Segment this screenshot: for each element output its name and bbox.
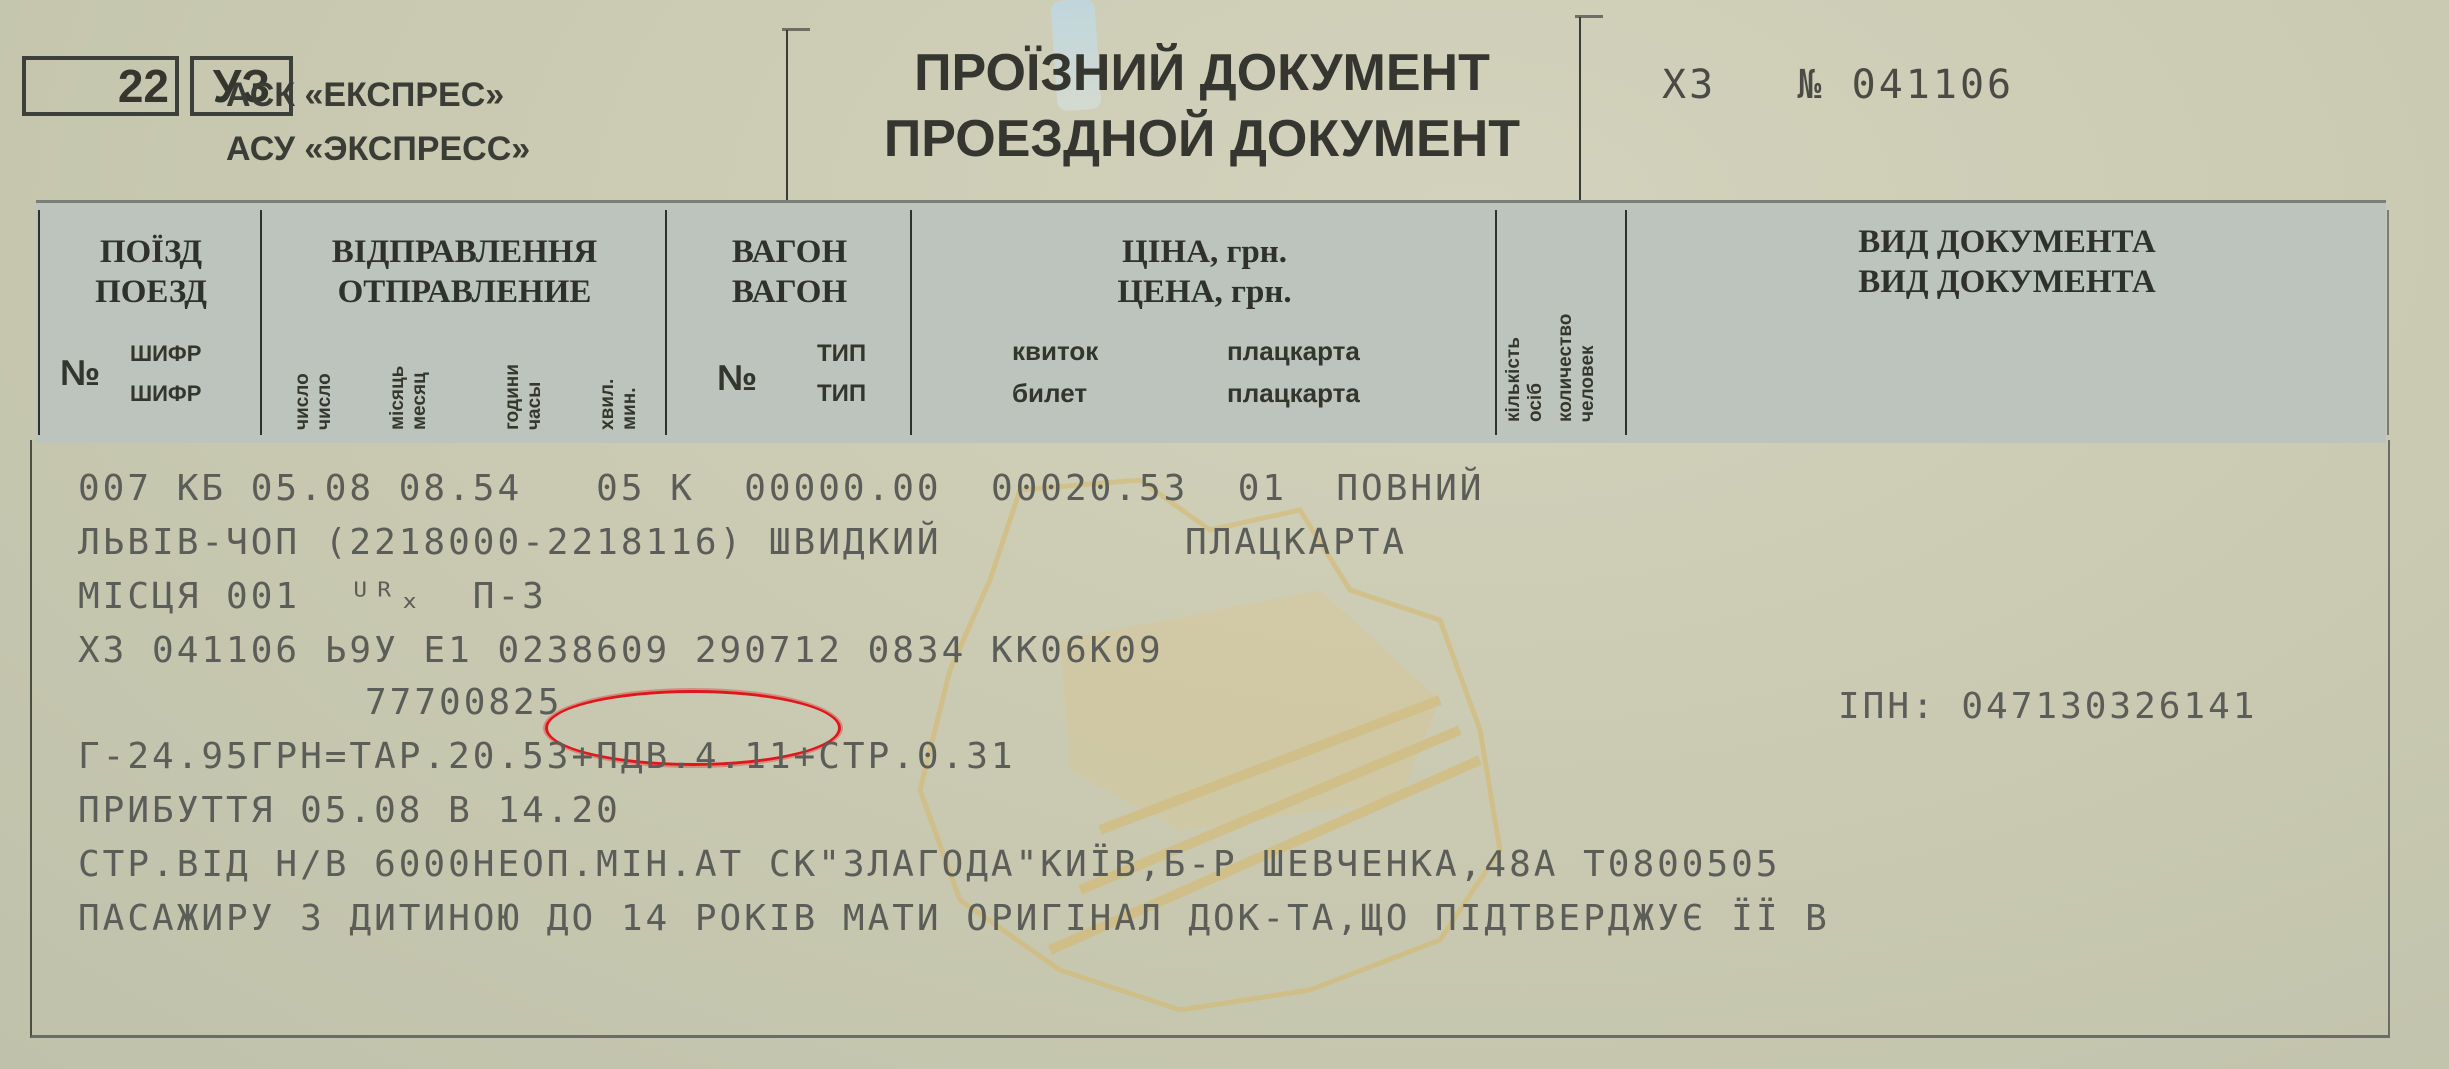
print-line-notice: ПАСАЖИРУ З ДИТИНОЮ ДО 14 РОКІВ МАТИ ОРИГ… [78, 898, 1830, 939]
divider [786, 30, 788, 208]
col-departure: ВІДПРАВЛЕННЯ ОТПРАВЛЕНИЕ число число міс… [260, 210, 667, 435]
col-price: ЦІНА, грн. ЦЕНА, грн. квиток билет плацк… [910, 210, 1497, 435]
col-train: ПОЇЗД ПОЕЗД № ШИФР ШИФР [38, 210, 262, 435]
col-departure-title: ВІДПРАВЛЕННЯ ОТПРАВЛЕНИЕ [262, 232, 667, 312]
print-doc-kind: ПЛАЦКАРТА [1185, 522, 1407, 563]
persons-label-ru: количество человек [1555, 314, 1599, 422]
train-no-label: № [60, 355, 100, 391]
train-date-time: 007 КБ 05.08 08.54 [78, 468, 522, 509]
car-price-type: 05 К 00000.00 00020.53 01 ПОВНИЙ [596, 468, 1484, 509]
system-name: АСК «ЕКСПРЕС» АСУ «ЭКСПРЕСС» [226, 68, 530, 176]
label: плацкарта [1227, 330, 1360, 372]
car-type-label: ТИП ТИП [817, 334, 866, 414]
label: ОТПРАВЛЕНИЕ [262, 272, 667, 312]
label: ВАГОН [667, 232, 912, 272]
persons-label: кількість осіб [1503, 337, 1547, 422]
label: квиток [1012, 330, 1098, 372]
label: ТИП [817, 334, 866, 374]
number-sign: № [1797, 62, 1824, 108]
col-doc-type-title: ВИД ДОКУМЕНТА ВИД ДОКУМЕНТА [1627, 222, 2387, 302]
label: плацкарта [1227, 372, 1360, 414]
print-inn: ІПН: 047130326141 [1838, 686, 2257, 727]
col-doc-type: ВИД ДОКУМЕНТА ВИД ДОКУМЕНТА [1625, 210, 2389, 435]
col-persons: кількість осіб количество человек [1495, 210, 1627, 435]
label: ПОЕЗД [40, 272, 262, 312]
label: ЦІНА, грн. [912, 232, 1497, 272]
code-box: 22 [22, 56, 179, 116]
sub-hours: години часы [502, 364, 546, 430]
col-train-title: ПОЇЗД ПОЕЗД [40, 232, 262, 312]
label: ВІДПРАВЛЕННЯ [262, 232, 667, 272]
title-ru: ПРОЕЗДНОЙ ДОКУМЕНТ [812, 106, 1592, 172]
label: ШИФР [130, 374, 201, 414]
system-name-ua: АСК «ЕКСПРЕС» [226, 76, 504, 114]
sub-day: число число [292, 373, 336, 430]
title-ua: ПРОЇЗНИЙ ДОКУМЕНТ [812, 40, 1592, 106]
print-line-insurance: СТР.ВІД Н/В 6000НЕОП.МІН.АТ СК"ЗЛАГОДА"К… [78, 844, 1781, 885]
document-title: ПРОЇЗНИЙ ДОКУМЕНТ ПРОЕЗДНОЙ ДОКУМЕНТ [812, 40, 1592, 172]
sub-minutes: хвил. мин. [597, 379, 641, 430]
print-line-arrival: ПРИБУТТЯ 05.08 В 14.20 [78, 790, 621, 831]
col-car-title: ВАГОН ВАГОН [667, 232, 912, 312]
ticket-number: 041106 [1852, 62, 2015, 108]
print-line-route: ЛЬВІВ-ЧОП (2218000-2218116) ШВИДКИЙ [78, 522, 942, 563]
col-price-title: ЦІНА, грн. ЦЕНА, грн. [912, 232, 1497, 312]
sub-month: місяць месяц [387, 366, 431, 430]
label: ВИД ДОКУМЕНТА [1627, 262, 2387, 302]
print-line-train: 007 КБ 05.08 08.54 05 К 00000.00 00020.5… [78, 468, 1484, 509]
col-car: ВАГОН ВАГОН № ТИП ТИП [665, 210, 912, 435]
print-line-seat: МІСЦЯ 001 ᵁᴿₓ П-3 [78, 576, 547, 617]
car-no-label: № [717, 360, 757, 396]
berth-price-label: плацкарта плацкарта [1227, 330, 1360, 414]
label: ПОЇЗД [40, 232, 262, 272]
ticket-serial: ХЗ № 041106 [1662, 62, 2014, 108]
label: ЦЕНА, грн. [912, 272, 1497, 312]
label: ВИД ДОКУМЕНТА [1627, 222, 2387, 262]
train-code-label: ШИФР ШИФР [130, 334, 201, 414]
system-name-ru: АСУ «ЭКСПРЕСС» [226, 130, 530, 168]
label: ШИФР [130, 334, 201, 374]
label: билет [1012, 372, 1098, 414]
print-line-fare: Г-24.95ГРН=ТАР.20.53+ПДВ.4.11+СТР.0.31 [78, 736, 1016, 777]
print-line-codes: ХЗ 041106 Ь9У Е1 0238609 290712 0834 КК0… [78, 630, 1164, 671]
print-highlighted-code: 77700825 [365, 682, 562, 723]
ticket-price-label: квиток билет [1012, 330, 1098, 414]
label: ВАГОН [667, 272, 912, 312]
series: ХЗ [1662, 62, 1716, 108]
label: ТИП [817, 374, 866, 414]
